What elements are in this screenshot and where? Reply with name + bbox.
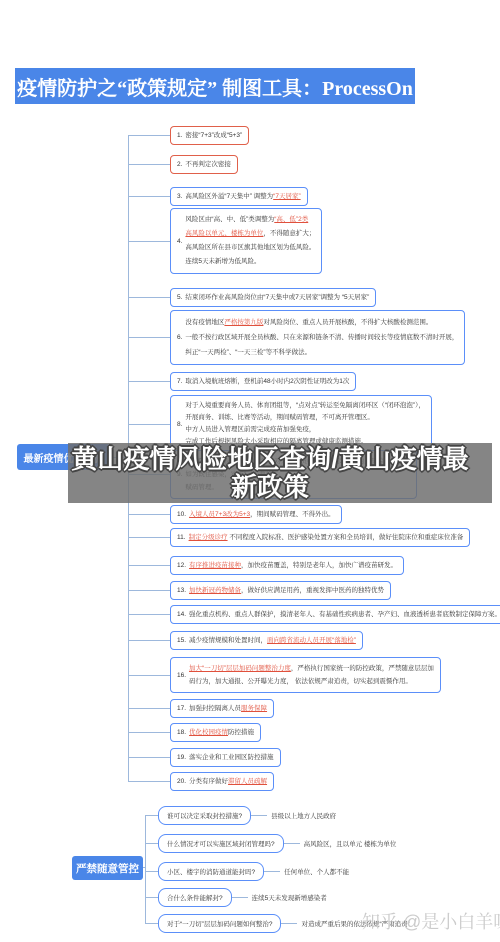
connector-line xyxy=(145,923,158,924)
policy-node: 2.不再判定次密接 xyxy=(170,155,238,174)
item-number: 7. xyxy=(177,378,182,385)
item-row-10: 10.入境人员7+3改为5+3，期间赋码管理、不得外出。 xyxy=(128,505,342,524)
item-number: 19. xyxy=(177,754,186,761)
connector-line xyxy=(128,614,170,615)
item-text-line: 高风险以单元、楼栋为单位，不得随意扩大； xyxy=(185,227,315,241)
connector-line xyxy=(128,565,170,566)
question-node: 谁可以决定采取封控措施? xyxy=(158,806,251,825)
item-text-line: 开展商务、训练、比赛等活动，期间赋码管理，不可离开管理区。 xyxy=(185,412,424,424)
item-row-18: 18.优化校园疫情防控措施 xyxy=(128,723,261,742)
item-text-line: 连续5天未新增为低风险。 xyxy=(185,255,315,269)
item-text-line: 高风险区所在县市区旗其他地区划为低风险。 xyxy=(185,241,315,255)
answer-text: 任何单位、个人都不能 xyxy=(280,867,349,876)
connector-line xyxy=(128,164,170,165)
question-node: 合什么条件能解封? xyxy=(158,888,232,907)
item-row-5: 5.结束闭环作业高风险岗位由“7天集中或7天居家”调整为 “5天居家” xyxy=(128,288,376,307)
policy-node: 5.结束闭环作业高风险岗位由“7天集中或7天居家”调整为 “5天居家” xyxy=(170,288,376,307)
question-node: 小区、楼宇的消防通道能封吗? xyxy=(158,862,264,881)
qa-row-1: 谁可以决定采取封控措施?县级以上地方人民政府 xyxy=(145,806,336,825)
item-row-1: 1.密接“7+3”改成“5+3” xyxy=(128,126,249,145)
policy-node: 11.制定分级诊疗 不同程度入院标准、医护感染处置方案和全员培训，做好住院床位和… xyxy=(170,528,470,547)
policy-node: 19.落实企业和工业园区防控措施 xyxy=(170,748,281,767)
item-number: 15. xyxy=(177,637,186,644)
item-text-line: 加大“一刀切”层层加码问题整治力度，严格执行国家统一的防控政策，严禁随意层层加 xyxy=(189,662,434,675)
item-text-line: 中方人员进入管理区前需完成疫苗加强免疫， xyxy=(185,424,424,436)
connector-line xyxy=(145,843,158,844)
policy-node: 4.风险区由“高、中、低”类调整为“高、低”2类高风险以单元、楼栋为单位，不得随… xyxy=(170,208,322,274)
item-number: 17. xyxy=(177,705,186,712)
policy-node: 10.入境人员7+3改为5+3，期间赋码管理、不得外出。 xyxy=(170,505,342,524)
question-node: 对于“一刀切”层层加码问题如何整治? xyxy=(158,914,281,933)
item-text-line: 没有疫情地区严格按第九版对风险岗位、重点人员开展核酸，不得扩大核酸检测范围。 xyxy=(185,315,458,330)
connector-line xyxy=(128,241,170,242)
item-number: 1. xyxy=(177,132,182,139)
policy-node: 16.加大“一刀切”层层加码问题整治力度，严格执行国家统一的防控政策，严禁随意层… xyxy=(170,657,441,693)
section-node: 严禁随意管控 xyxy=(72,856,143,880)
item-row-16: 16.加大“一刀切”层层加码问题整治力度，严格执行国家统一的防控政策，严禁随意层… xyxy=(128,657,441,693)
item-row-12: 12.有序推进疫苗接种，加快疫苗覆盖，特别是老年人，加快广谱疫苗研发。 xyxy=(128,556,404,575)
item-row-4: 4.风险区由“高、中、低”类调整为“高、低”2类高风险以单元、楼栋为单位，不得随… xyxy=(128,208,322,274)
connector-line xyxy=(128,297,170,298)
item-text-line: 加快新冠药物储备，做好供应满足用药，重视发挥中医药的独特优势 xyxy=(189,586,384,595)
qa-row-3: 小区、楼宇的消防通道能封吗?任何单位、个人都不能 xyxy=(145,862,349,881)
connector-line xyxy=(128,781,170,782)
item-row-14: 14.强化重点机构、重点人群保护，摸清老年人、有基础性疾病患者、孕产妇、血液透析… xyxy=(128,605,500,624)
item-number: 8. xyxy=(177,421,182,428)
connector-line xyxy=(232,897,248,898)
item-number: 4. xyxy=(177,238,182,245)
overlay-title-line1: 黄山疫情风险地区查询/黄山疫情最 xyxy=(48,445,492,473)
policy-node: 20.分类有序做好滞留人员疏解 xyxy=(170,772,274,791)
item-row-15: 15.减少疫情规模和处置时间，面向跨省流动人员开展“落地检” xyxy=(128,631,363,650)
infographic-page: 疫情防护之“政策规定” 制图工具：ProcessOn 最新疫情优化措施 1.密接… xyxy=(0,0,500,942)
connector-line xyxy=(128,514,170,515)
item-number: 18. xyxy=(177,729,186,736)
item-number: 5. xyxy=(177,294,182,301)
item-row-13: 13.加快新冠药物储备，做好供应满足用药，重视发挥中医药的独特优势 xyxy=(128,581,391,600)
connector-line xyxy=(145,871,158,872)
item-number: 14. xyxy=(177,611,186,618)
connector-line xyxy=(128,537,170,538)
policy-node: 7.取消入境航班熔断，登机前48小时内2次阴性证明改为1次 xyxy=(170,372,356,391)
item-text-line: 制定分级诊疗 不同程度入院标准、医护感染处置方案和全员培训，做好住院床位和重症床… xyxy=(189,533,464,542)
item-row-3: 3.高风险区外溢“7天集中” 调整为“7天居家” xyxy=(128,187,308,206)
header-banner: 疫情防护之“政策规定” 制图工具：ProcessOn xyxy=(15,68,415,104)
connector-line xyxy=(145,897,158,898)
item-text-line: 不再判定次密接 xyxy=(185,160,231,169)
header-title: 疫情防护之“政策规定” 制图工具：ProcessOn xyxy=(17,72,413,101)
item-row-19: 19.落实企业和工业园区防控措施 xyxy=(128,748,281,767)
item-text-line: 取消入境航班熔断，登机前48小时内2次阴性证明改为1次 xyxy=(185,377,349,386)
answer-text: 连续5天未发现新增感染者 xyxy=(248,893,327,902)
item-number: 13. xyxy=(177,587,186,594)
connector-line xyxy=(128,732,170,733)
connector-line xyxy=(128,675,170,676)
item-text-line: 对于入境重要商务人员、体育团组等，“点对点”转运至免隔离闭环区（“闭环泡泡”）， xyxy=(185,400,424,412)
item-text-line: 一般不按行政区域开展全员核酸、只在来源和链条不清、传播时间较长等疫情底数不清时开… xyxy=(185,330,458,345)
item-number: 11. xyxy=(177,534,186,541)
item-number: 12. xyxy=(177,562,186,569)
policy-node: 12.有序推进疫苗接种，加快疫苗覆盖，特别是老年人，加快广谱疫苗研发。 xyxy=(170,556,404,575)
item-number: 20. xyxy=(177,778,186,785)
item-number: 10. xyxy=(177,511,186,518)
connector-line xyxy=(281,923,297,924)
item-text-line: 强化重点机构、重点人群保护，摸清老年人、有基础性疾病患者、孕产妇、血液透析患者底… xyxy=(189,610,500,619)
policy-node: 3.高风险区外溢“7天集中” 调整为“7天居家” xyxy=(170,187,308,206)
connector-line xyxy=(251,815,267,816)
item-number: 3. xyxy=(177,193,182,200)
item-number: 16. xyxy=(177,672,186,679)
item-text-line: 有序推进疫苗接种，加快疫苗覆盖，特别是老年人，加快广谱疫苗研发。 xyxy=(189,561,397,570)
item-number: 2. xyxy=(177,161,182,168)
policy-node: 18.优化校园疫情防控措施 xyxy=(170,723,261,742)
item-row-11: 11.制定分级诊疗 不同程度入院标准、医护感染处置方案和全员培训，做好住院床位和… xyxy=(128,528,470,547)
connector-line xyxy=(128,424,170,425)
policy-node: 14.强化重点机构、重点人群保护，摸清老年人、有基础性疾病患者、孕产妇、血液透析… xyxy=(170,605,500,624)
item-text-line: 减少疫情规模和处置时间，面向跨省流动人员开展“落地检” xyxy=(189,636,356,645)
item-row-7: 7.取消入境航班熔断，登机前48小时内2次阴性证明改为1次 xyxy=(128,372,356,391)
section-node-label: 严禁随意管控 xyxy=(76,861,139,876)
item-text-line: 高风险区外溢“7天集中” 调整为“7天居家” xyxy=(185,192,300,201)
watermark-text: 知乎 @是小白羊呀 xyxy=(362,908,500,934)
connector-line xyxy=(128,590,170,591)
item-text-line: 结束闭环作业高风险岗位由“7天集中或7天居家”调整为 “5天居家” xyxy=(185,293,369,302)
connector-line xyxy=(128,196,170,197)
connector-line xyxy=(128,640,170,641)
connector-line xyxy=(128,757,170,758)
item-text-line: 纠正“一天两检”、“一天三检”等不科学做法。 xyxy=(185,345,458,360)
policy-node: 1.密接“7+3”改成“5+3” xyxy=(170,126,249,145)
policy-node: 15.减少疫情规模和处置时间，面向跨省流动人员开展“落地检” xyxy=(170,631,363,650)
question-node: 什么情况才可以实施区域封闭管理吗? xyxy=(158,834,284,853)
item-text-line: 优化校园疫情防控措施 xyxy=(189,728,254,737)
item-text-line: 码行为，加大通报、公开曝光力度， 依法依规严肃追责，切实起到震慑作用。 xyxy=(189,675,434,688)
connector-line xyxy=(128,337,170,338)
item-number: 6. xyxy=(177,334,182,341)
item-text-line: 风险区由“高、中、低”类调整为“高、低”2类 xyxy=(185,213,315,227)
connector-line xyxy=(284,843,300,844)
policy-node: 6.没有疫情地区严格按第九版对风险岗位、重点人员开展核酸，不得扩大核酸检测范围。… xyxy=(170,310,465,365)
item-text-line: 分类有序做好滞留人员疏解 xyxy=(189,777,267,786)
item-text-line: 加强封控隔离人员服务保障 xyxy=(189,704,267,713)
item-row-17: 17.加强封控隔离人员服务保障 xyxy=(128,699,274,718)
policy-node: 17.加强封控隔离人员服务保障 xyxy=(170,699,274,718)
policy-node: 13.加快新冠药物储备，做好供应满足用药，重视发挥中医药的独特优势 xyxy=(170,581,391,600)
qa-row-4: 合什么条件能解封?连续5天未发现新增感染者 xyxy=(145,888,327,907)
answer-text: 高风险区，且以单元 楼栋为单位 xyxy=(300,839,397,848)
connector-line xyxy=(128,135,170,136)
connector-line xyxy=(264,871,280,872)
connector-line xyxy=(128,708,170,709)
item-row-20: 20.分类有序做好滞留人员疏解 xyxy=(128,772,274,791)
item-text-line: 密接“7+3”改成“5+3” xyxy=(185,131,242,140)
overlay-title-line2: 新政策 xyxy=(48,473,492,501)
connector-line xyxy=(128,381,170,382)
overlay-title: 黄山疫情风险地区查询/黄山疫情最 新政策 xyxy=(48,445,492,501)
item-row-2: 2.不再判定次密接 xyxy=(128,155,238,174)
answer-text: 县级以上地方人民政府 xyxy=(267,811,336,820)
item-row-6: 6.没有疫情地区严格按第九版对风险岗位、重点人员开展核酸，不得扩大核酸检测范围。… xyxy=(128,310,465,365)
connector-line xyxy=(145,815,158,816)
qa-row-2: 什么情况才可以实施区域封闭管理吗?高风险区，且以单元 楼栋为单位 xyxy=(145,834,396,853)
item-text-line: 入境人员7+3改为5+3，期间赋码管理、不得外出。 xyxy=(189,510,335,519)
item-text-line: 落实企业和工业园区防控措施 xyxy=(189,753,274,762)
